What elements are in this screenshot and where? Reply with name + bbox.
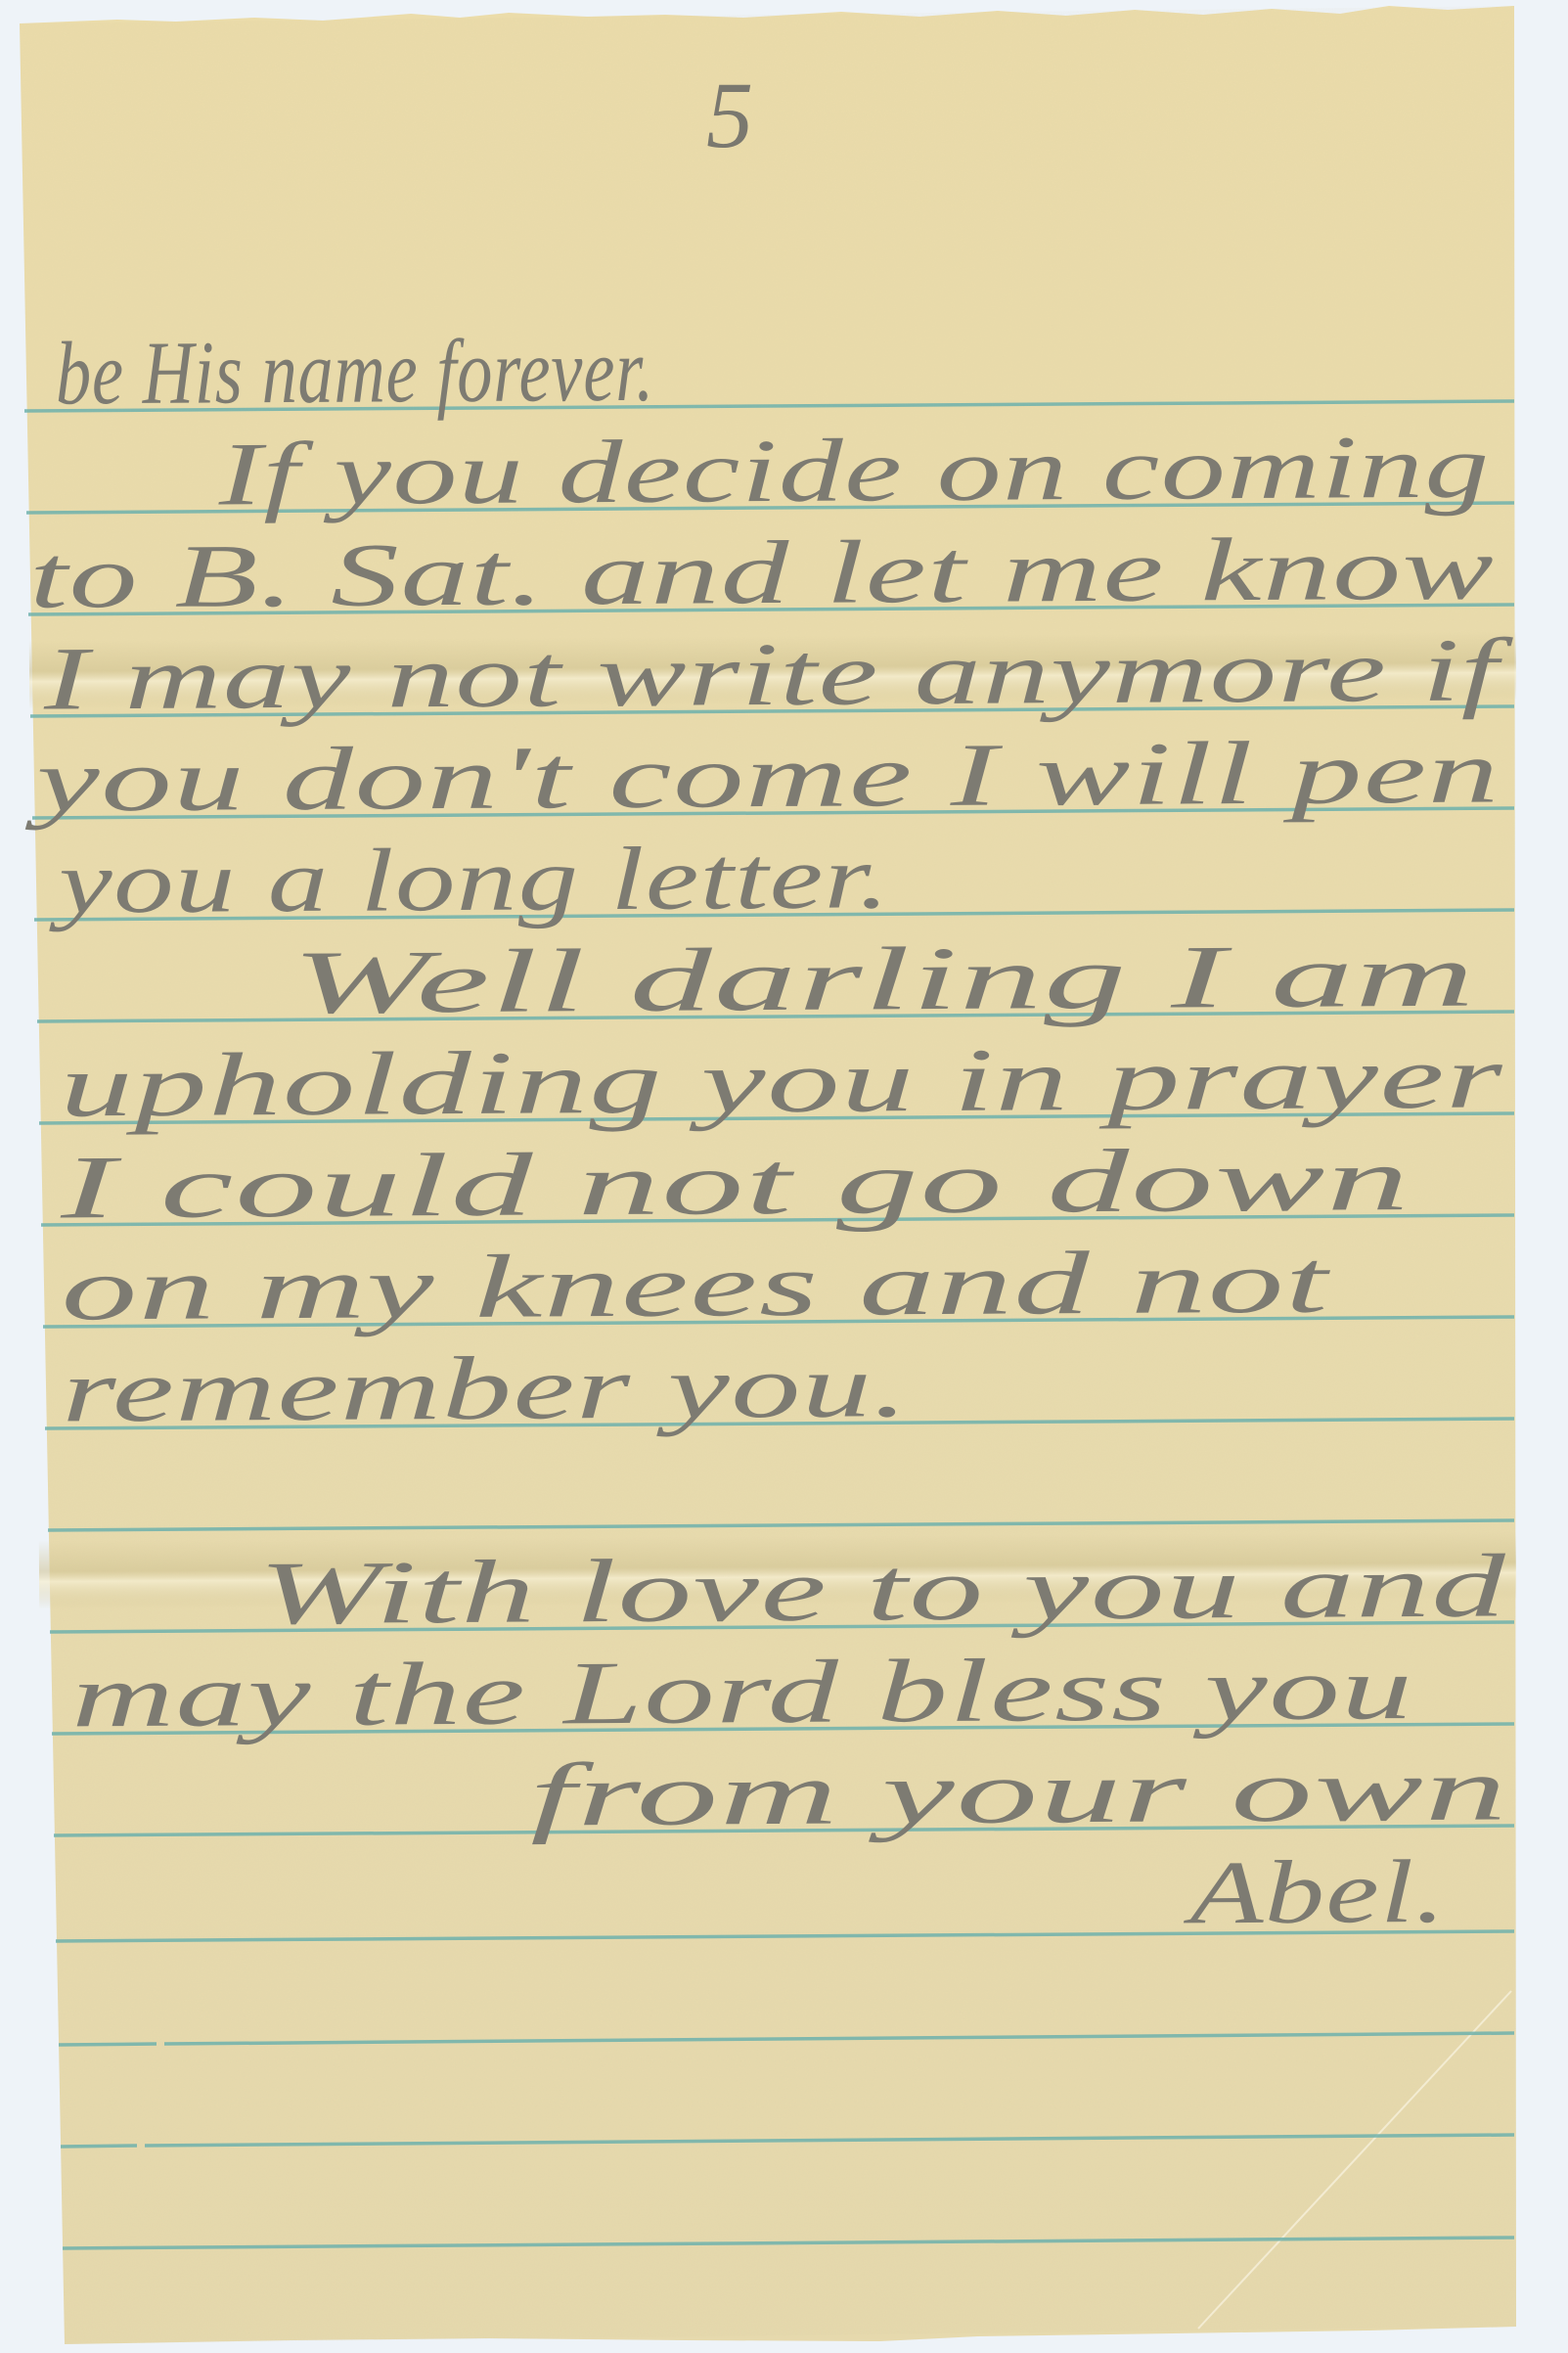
- letter-line: Well darling I am: [291, 926, 1476, 1032]
- letter-line: you a long letter.: [48, 827, 890, 931]
- letter-line: on my knees and not: [61, 1232, 1331, 1339]
- letter-line: be His name forever.: [56, 320, 655, 424]
- letter-line: to B. Sat. and let me know: [29, 518, 1496, 626]
- letter-line: I may not write anymore if: [42, 619, 1515, 728]
- page-number: 5: [706, 63, 753, 167]
- signature: Abel.: [1182, 1841, 1447, 1943]
- letter-line: you don't come I will pen: [24, 721, 1501, 830]
- closing-line: from your own: [530, 1739, 1509, 1844]
- letter-scan: 5 be His name forever. If you decide on …: [0, 0, 1568, 2353]
- letter-line: remember you.: [62, 1335, 910, 1440]
- letter-line: If you decide on coming: [217, 417, 1491, 524]
- closing-line: With love to you and: [258, 1535, 1507, 1643]
- letter-line: upholding you in prayer: [60, 1026, 1504, 1135]
- letter-line: I could not go down: [59, 1129, 1411, 1237]
- closing-line: may the Lord bless you: [71, 1638, 1414, 1745]
